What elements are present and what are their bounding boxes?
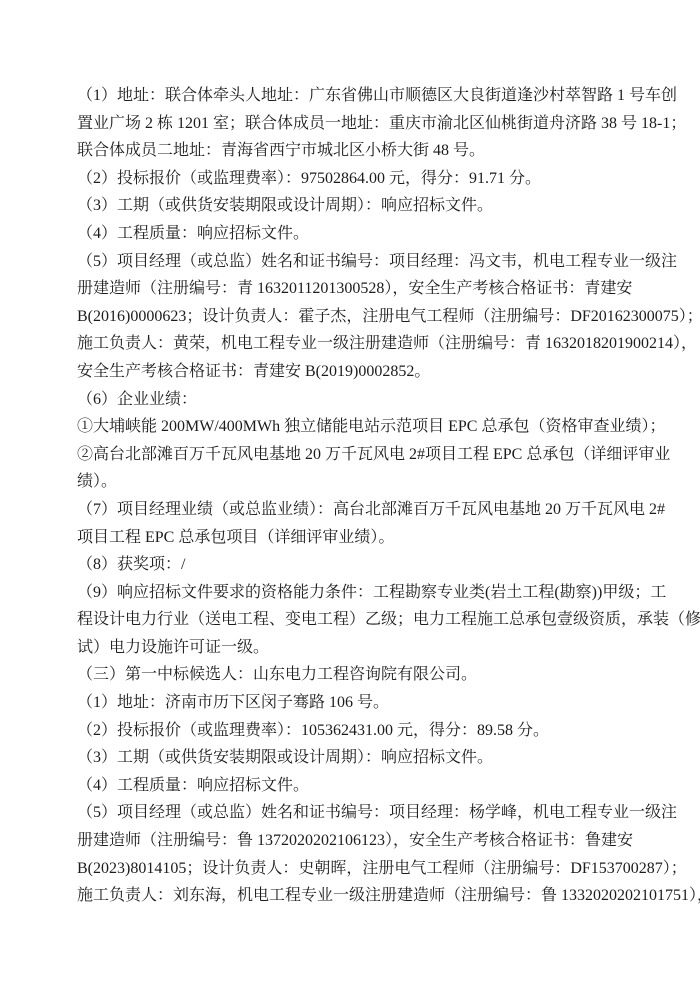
text-line: （5）项目经理（或总监）姓名和证书编号：项目经理：冯文韦，机电工程专业一级注	[77, 248, 623, 276]
text-line: 试）电力设施许可证一级。	[77, 634, 623, 662]
text-line: ①大埔峡能 200MW/400MWh 独立储能电站示范项目 EPC 总承包（资格…	[77, 413, 623, 441]
text-line: （7）项目经理业绩（或总监业绩）：高台北部滩百万千瓦风电基地 20 万千瓦风电 …	[77, 496, 623, 524]
text-line: ②高台北部滩百万千瓦风电基地 20 万千瓦风电 2#项目工程 EPC 总承包（详…	[77, 441, 623, 469]
text-line: （1）地址：济南市历下区闵子骞路 106 号。	[77, 689, 623, 717]
text-line: 项目工程 EPC 总承包项目（详细评审业绩）。	[77, 524, 623, 552]
text-line: （2）投标报价（或监理费率）：105362431.00 元，得分：89.58 分…	[77, 717, 623, 745]
text-line: （9）响应招标文件要求的资格能力条件：工程勘察专业类(岩土工程(勘察))甲级；工	[77, 579, 623, 607]
document-page: （1）地址：联合体牵头人地址：广东省佛山市顺德区大良街道逢沙村萃智路 1 号车创…	[0, 0, 700, 989]
text-line: 程设计电力行业（送电工程、变电工程）乙级；电力工程施工总承包壹级资质，承装（修、	[77, 606, 623, 634]
text-line: （4）工程质量：响应招标文件。	[77, 772, 623, 800]
text-line: （6）企业业绩：	[77, 386, 623, 414]
document-text-block: （1）地址：联合体牵头人地址：广东省佛山市顺德区大良街道逢沙村萃智路 1 号车创…	[77, 82, 623, 910]
text-line: （8）获奖项：/	[77, 551, 623, 579]
text-line: （4）工程质量：响应招标文件。	[77, 220, 623, 248]
text-line: （2）投标报价（或监理费率）：97502864.00 元，得分：91.71 分。	[77, 165, 623, 193]
text-line: （3）工期（或供货安装期限或设计周期）：响应招标文件。	[77, 744, 623, 772]
text-line: 安全生产考核合格证书：青建安 B(2019)0002852。	[77, 358, 623, 386]
text-line: 册建造师（注册编号：鲁 1372020202106123），安全生产考核合格证书…	[77, 827, 623, 855]
text-line: 绩）。	[77, 468, 623, 496]
text-line: 施工负责人：刘东海，机电工程专业一级注册建造师（注册编号：鲁 133202020…	[77, 882, 623, 910]
text-line: （三）第一中标候选人：山东电力工程咨询院有限公司。	[77, 661, 623, 689]
text-line: B(2016)0000623；设计负责人：霍子杰，注册电气工程师（注册编号：DF…	[77, 303, 623, 331]
text-line: （3）工期（或供货安装期限或设计周期）：响应招标文件。	[77, 192, 623, 220]
text-line: 施工负责人：黄荣，机电工程专业一级注册建造师（注册编号：青 1632018201…	[77, 330, 623, 358]
text-line: 册建造师（注册编号：青 1632011201300528），安全生产考核合格证书…	[77, 275, 623, 303]
text-line: （1）地址：联合体牵头人地址：广东省佛山市顺德区大良街道逢沙村萃智路 1 号车创	[77, 82, 623, 110]
text-line: B(2023)8014105；设计负责人：史朝晖，注册电气工程师（注册编号：DF…	[77, 855, 623, 883]
text-line: （5）项目经理（或总监）姓名和证书编号：项目经理：杨学峰，机电工程专业一级注	[77, 799, 623, 827]
text-line: 置业广场 2 栋 1201 室；联合体成员一地址：重庆市渝北区仙桃街道舟济路 3…	[77, 110, 623, 138]
text-line: 联合体成员二地址：青海省西宁市城北区小桥大街 48 号。	[77, 137, 623, 165]
